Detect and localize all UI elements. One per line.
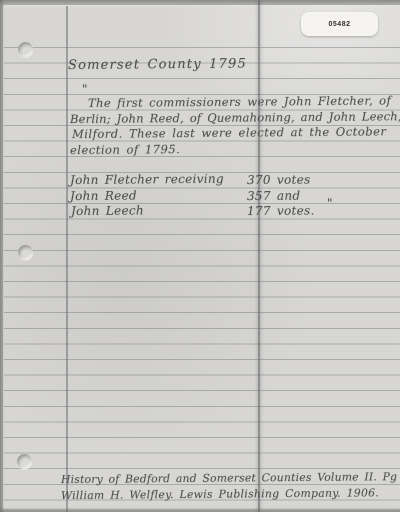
hole-punch-middle <box>18 245 33 260</box>
left-margin-rule <box>66 6 68 512</box>
scanned-page: 05482 Somerset County 1795 " The first c… <box>0 0 400 512</box>
scan-edge-top <box>0 0 400 6</box>
opening-quote-mark: " <box>82 82 88 96</box>
vertical-fold-line <box>258 0 261 512</box>
paragraph-line-1: The first commissioners were John Fletch… <box>88 93 391 110</box>
catalog-sticker: 05482 <box>301 12 378 36</box>
vote-row-name: John Leech <box>71 203 144 218</box>
paragraph-line-3: Milford. These last were elected at the … <box>72 124 387 141</box>
citation-line-2: William H. Welfley. Lewis Publishing Com… <box>61 486 379 502</box>
paragraph-line-4: election of 1795. <box>70 142 180 157</box>
vote-row-name: John Reed <box>70 188 137 203</box>
hole-punch-top <box>18 42 33 57</box>
closing-quote-mark: " <box>327 196 333 210</box>
vote-row-count: 370 votes <box>247 172 311 187</box>
hole-punch-bottom <box>17 454 32 469</box>
page-title: Somerset County 1795 <box>68 56 247 73</box>
paragraph-line-2: Berlin; John Reed, of Quemahoning, and J… <box>70 108 400 125</box>
vote-row-name: John Fletcher receiving <box>70 172 224 187</box>
citation-line-1: History of Bedford and Somerset Counties… <box>61 469 400 485</box>
vote-row-count: 357 and <box>247 188 301 202</box>
catalog-number: 05482 <box>329 21 351 28</box>
scan-edge-left <box>0 0 5 512</box>
vote-row-count: 177 votes. <box>247 203 315 218</box>
scan-edge-bottom <box>0 507 400 512</box>
